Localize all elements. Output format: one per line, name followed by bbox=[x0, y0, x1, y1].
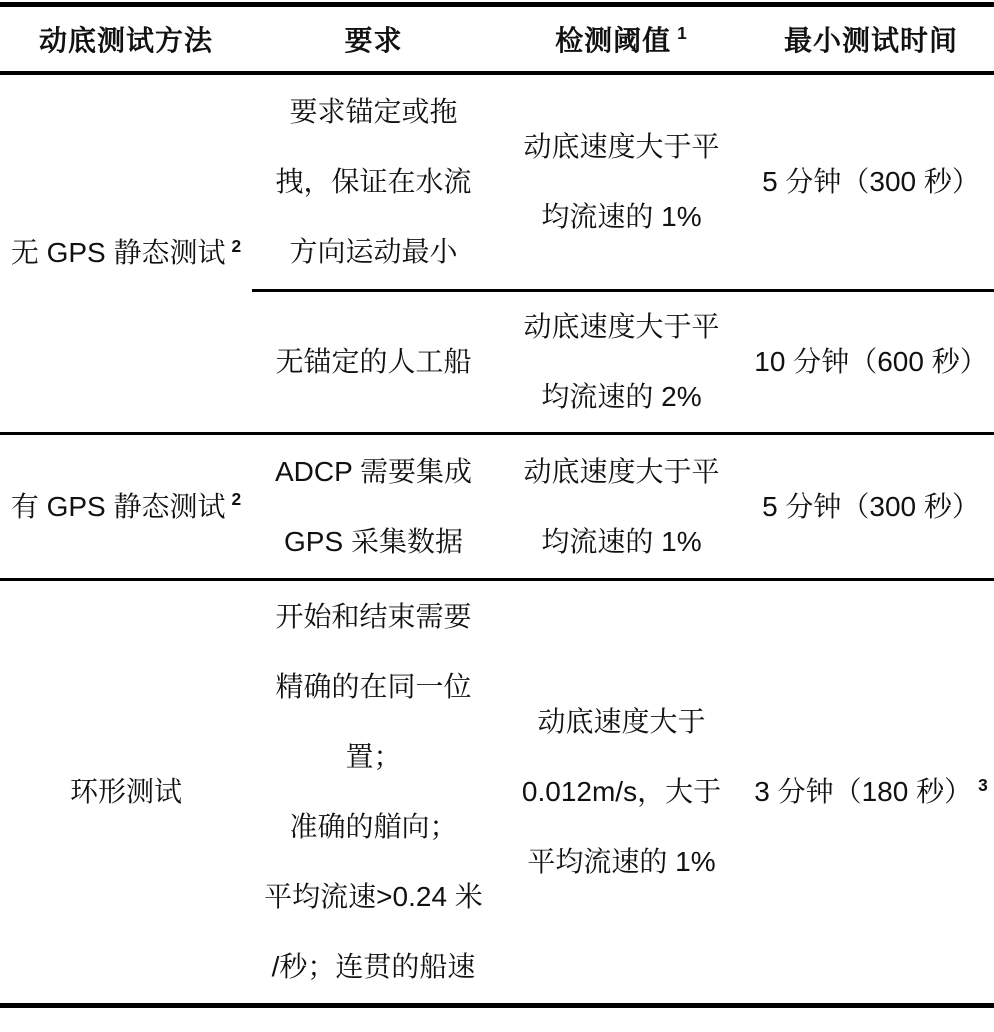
cell-line: 0.012m/s，大于 bbox=[495, 757, 748, 827]
cell-time-loop: 3 分钟（180 秒）3 bbox=[748, 580, 994, 1006]
col-header-requirement: 要求 bbox=[252, 5, 495, 73]
cell-line: GPS 采集数据 bbox=[252, 507, 495, 577]
cell-line: 方向运动最小 bbox=[252, 217, 495, 287]
table-header-row: 动底测试方法 要求 检测阈值1 最小测试时间 bbox=[0, 5, 994, 73]
col-header-threshold: 检测阈值1 bbox=[495, 5, 748, 73]
cell-method-no-gps: 无 GPS 静态测试2 bbox=[0, 73, 252, 434]
cell-line: 拽，保证在水流 bbox=[252, 147, 495, 217]
moving-bottom-test-table: 动底测试方法 要求 检测阈值1 最小测试时间 无 GPS 静态测试2 要求锚定或… bbox=[0, 2, 994, 1008]
table-row-no-gps-sub1: 无 GPS 静态测试2 要求锚定或拖 拽，保证在水流 方向运动最小 动底速度大于… bbox=[0, 73, 994, 291]
cell-line: 动底速度大于 bbox=[495, 687, 748, 757]
footnote-marker-1: 1 bbox=[677, 23, 688, 43]
cell-threshold-no-gps-sub2: 动底速度大于平 均流速的 2% bbox=[495, 291, 748, 434]
cell-line: 10 分钟（600 秒） bbox=[748, 327, 994, 397]
cell-time-gps: 5 分钟（300 秒） bbox=[748, 434, 994, 580]
cell-line: 均流速的 2% bbox=[495, 362, 748, 432]
cell-line: 开始和结束需要 bbox=[252, 582, 495, 652]
cell-requirement-no-gps-sub1: 要求锚定或拖 拽，保证在水流 方向运动最小 bbox=[252, 73, 495, 291]
cell-line: 均流速的 1% bbox=[495, 507, 748, 577]
time-label-loop: 3 分钟（180 秒）3 bbox=[748, 757, 994, 827]
cell-threshold-no-gps-sub1: 动底速度大于平 均流速的 1% bbox=[495, 73, 748, 291]
cell-line: 平均流速的 1% bbox=[495, 827, 748, 897]
cell-line: 5 分钟（300 秒） bbox=[748, 147, 994, 217]
cell-line: 动底速度大于平 bbox=[495, 292, 748, 362]
table-row-gps: 有 GPS 静态测试2 ADCP 需要集成 GPS 采集数据 动底速度大于平 均… bbox=[0, 434, 994, 580]
cell-requirement-no-gps-sub2: 无锚定的人工船 bbox=[252, 291, 495, 434]
cell-line: 均流速的 1% bbox=[495, 182, 748, 252]
cell-line: 动底速度大于平 bbox=[495, 437, 748, 507]
cell-threshold-gps: 动底速度大于平 均流速的 1% bbox=[495, 434, 748, 580]
cell-line: 5 分钟（300 秒） bbox=[748, 472, 994, 542]
method-label-gps: 有 GPS 静态测试2 bbox=[0, 472, 252, 542]
cell-line: ADCP 需要集成 bbox=[252, 437, 495, 507]
cell-line: 平均流速>0.24 米 bbox=[252, 862, 495, 932]
cell-line: 动底速度大于平 bbox=[495, 112, 748, 182]
cell-line: 置； bbox=[252, 722, 495, 792]
col-header-requirement-label: 要求 bbox=[344, 25, 402, 56]
footnote-marker-2: 2 bbox=[232, 236, 242, 256]
col-header-method-label: 动底测试方法 bbox=[39, 25, 213, 56]
footnote-marker-2: 2 bbox=[232, 489, 242, 509]
cell-method-gps: 有 GPS 静态测试2 bbox=[0, 434, 252, 580]
footnote-marker-3: 3 bbox=[978, 775, 988, 795]
cell-line: 精确的在同一位 bbox=[252, 652, 495, 722]
col-header-threshold-label: 检测阈值 bbox=[555, 25, 671, 56]
col-header-min-time: 最小测试时间 bbox=[748, 5, 994, 73]
table-row-loop: 环形测试 开始和结束需要 精确的在同一位 置； 准确的艏向； 平均流速>0.24… bbox=[0, 580, 994, 1006]
cell-line: /秒；连贯的船速 bbox=[252, 932, 495, 1002]
cell-method-loop: 环形测试 bbox=[0, 580, 252, 1006]
cell-line: 无锚定的人工船 bbox=[252, 327, 495, 397]
cell-requirement-loop: 开始和结束需要 精确的在同一位 置； 准确的艏向； 平均流速>0.24 米 /秒… bbox=[252, 580, 495, 1006]
col-header-min-time-label: 最小测试时间 bbox=[784, 25, 958, 56]
col-header-method: 动底测试方法 bbox=[0, 5, 252, 73]
cell-line: 要求锚定或拖 bbox=[252, 77, 495, 147]
method-label-loop: 环形测试 bbox=[0, 757, 252, 827]
cell-line: 准确的艏向； bbox=[252, 792, 495, 862]
cell-threshold-loop: 动底速度大于 0.012m/s，大于 平均流速的 1% bbox=[495, 580, 748, 1006]
cell-requirement-gps: ADCP 需要集成 GPS 采集数据 bbox=[252, 434, 495, 580]
cell-time-no-gps-sub2: 10 分钟（600 秒） bbox=[748, 291, 994, 434]
cell-time-no-gps-sub1: 5 分钟（300 秒） bbox=[748, 73, 994, 291]
method-label-no-gps: 无 GPS 静态测试2 bbox=[0, 218, 252, 288]
